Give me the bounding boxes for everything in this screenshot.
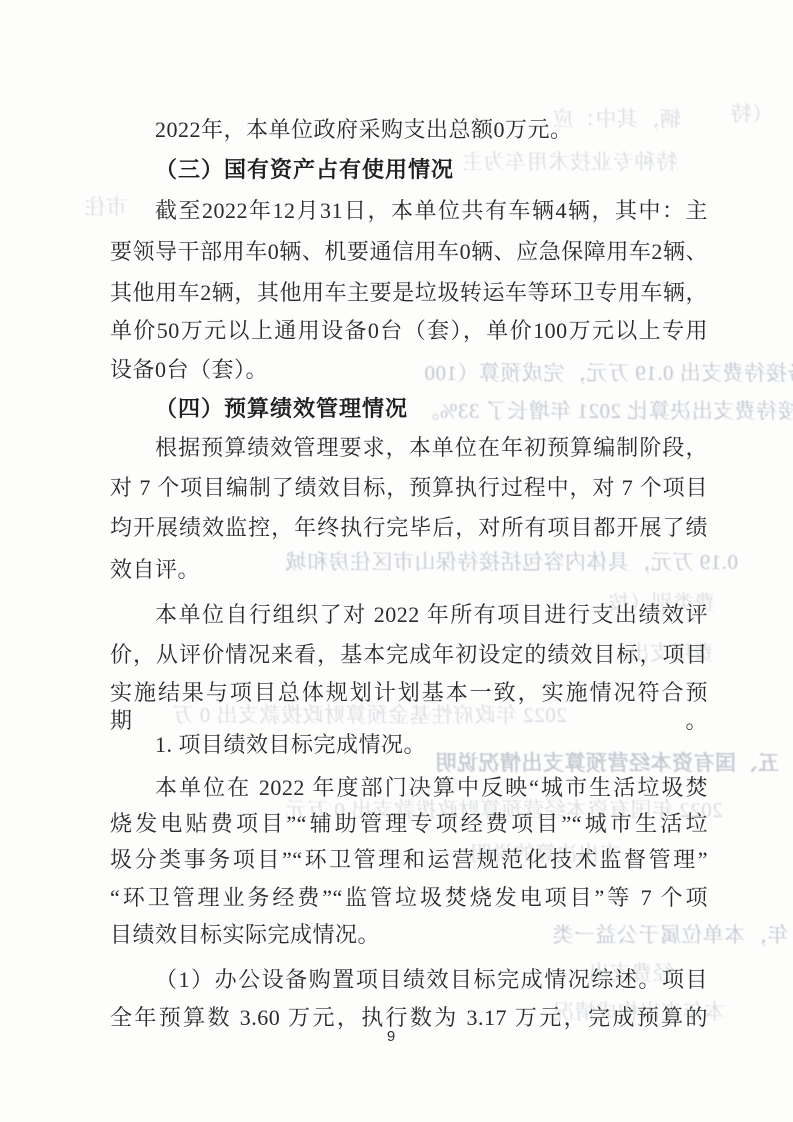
text-line: 实施结果与项目总体规划计划基本一致，实施情况符合预期。 (110, 679, 708, 735)
text-line: 均开展绩效监控，年终执行完毕后，对所有项目都开展了绩 (110, 514, 708, 542)
text-line: 圾分类事务项目”“环卫管理和运营规范化技术监督管理” (110, 846, 708, 874)
text-line: 其他用车2辆，其他用车主要是垃圾转运车等环卫专用车辆， (110, 279, 708, 307)
text-line: 目绩效目标实际完成情况。 (110, 921, 708, 949)
text-line: 烧发电贴费项目”“辅助管理专项经费项目”“城市生活垃 (110, 810, 708, 838)
bleedthrough-fragment: （特 (730, 101, 773, 127)
text-line: 对 7 个项目编制了绩效目标，预算执行过程中，对 7 个项目 (110, 474, 708, 502)
text-line: 截至2022年12月31日，本单位共有车辆4辆，其中：主 (110, 197, 708, 225)
text-line: 要领导干部用车0辆、机要通信用车0辆、应急保障用车2辆、 (110, 238, 708, 266)
text-line: 设备0台（套）。 (110, 356, 708, 384)
text-line: 本单位在 2022 年度部门决算中反映“城市生活垃圾焚 (110, 774, 708, 802)
document-page: 辆，其中：应（特特种专业技术用车为主市住3. 公务接待费支出 0.19 万元，完… (0, 0, 793, 1122)
text-line: 价，从评价情况来看，基本完成年初设定的绩效目标，项目 (110, 641, 708, 669)
section-heading: （三）国有资产占有使用情况 (110, 156, 708, 184)
text-line: 2022年，本单位政府采购支出总额0万元。 (110, 116, 708, 144)
text-line: “环卫管理业务经费”“监管垃圾焚烧发电项目”等 7 个项 (110, 884, 708, 912)
text-line: 本单位自行组织了对 2022 年所有项目进行支出绩效评 (110, 601, 708, 629)
page-number: 9 (110, 1028, 672, 1045)
section-heading: （四）预算绩效管理情况 (110, 395, 708, 423)
text-line: 单价50万元以上通用设备0台（套），单价100万元以上专用 (110, 317, 708, 345)
text-line: 1. 项目绩效目标完成情况。 (110, 731, 708, 759)
text-line: 效自评。 (110, 556, 708, 584)
text-line: 根据预算绩效管理要求，本单位在年初预算编制阶段， (110, 434, 708, 462)
text-line: （1）办公设备购置项目绩效目标完成情况综述。项目 (110, 966, 708, 994)
